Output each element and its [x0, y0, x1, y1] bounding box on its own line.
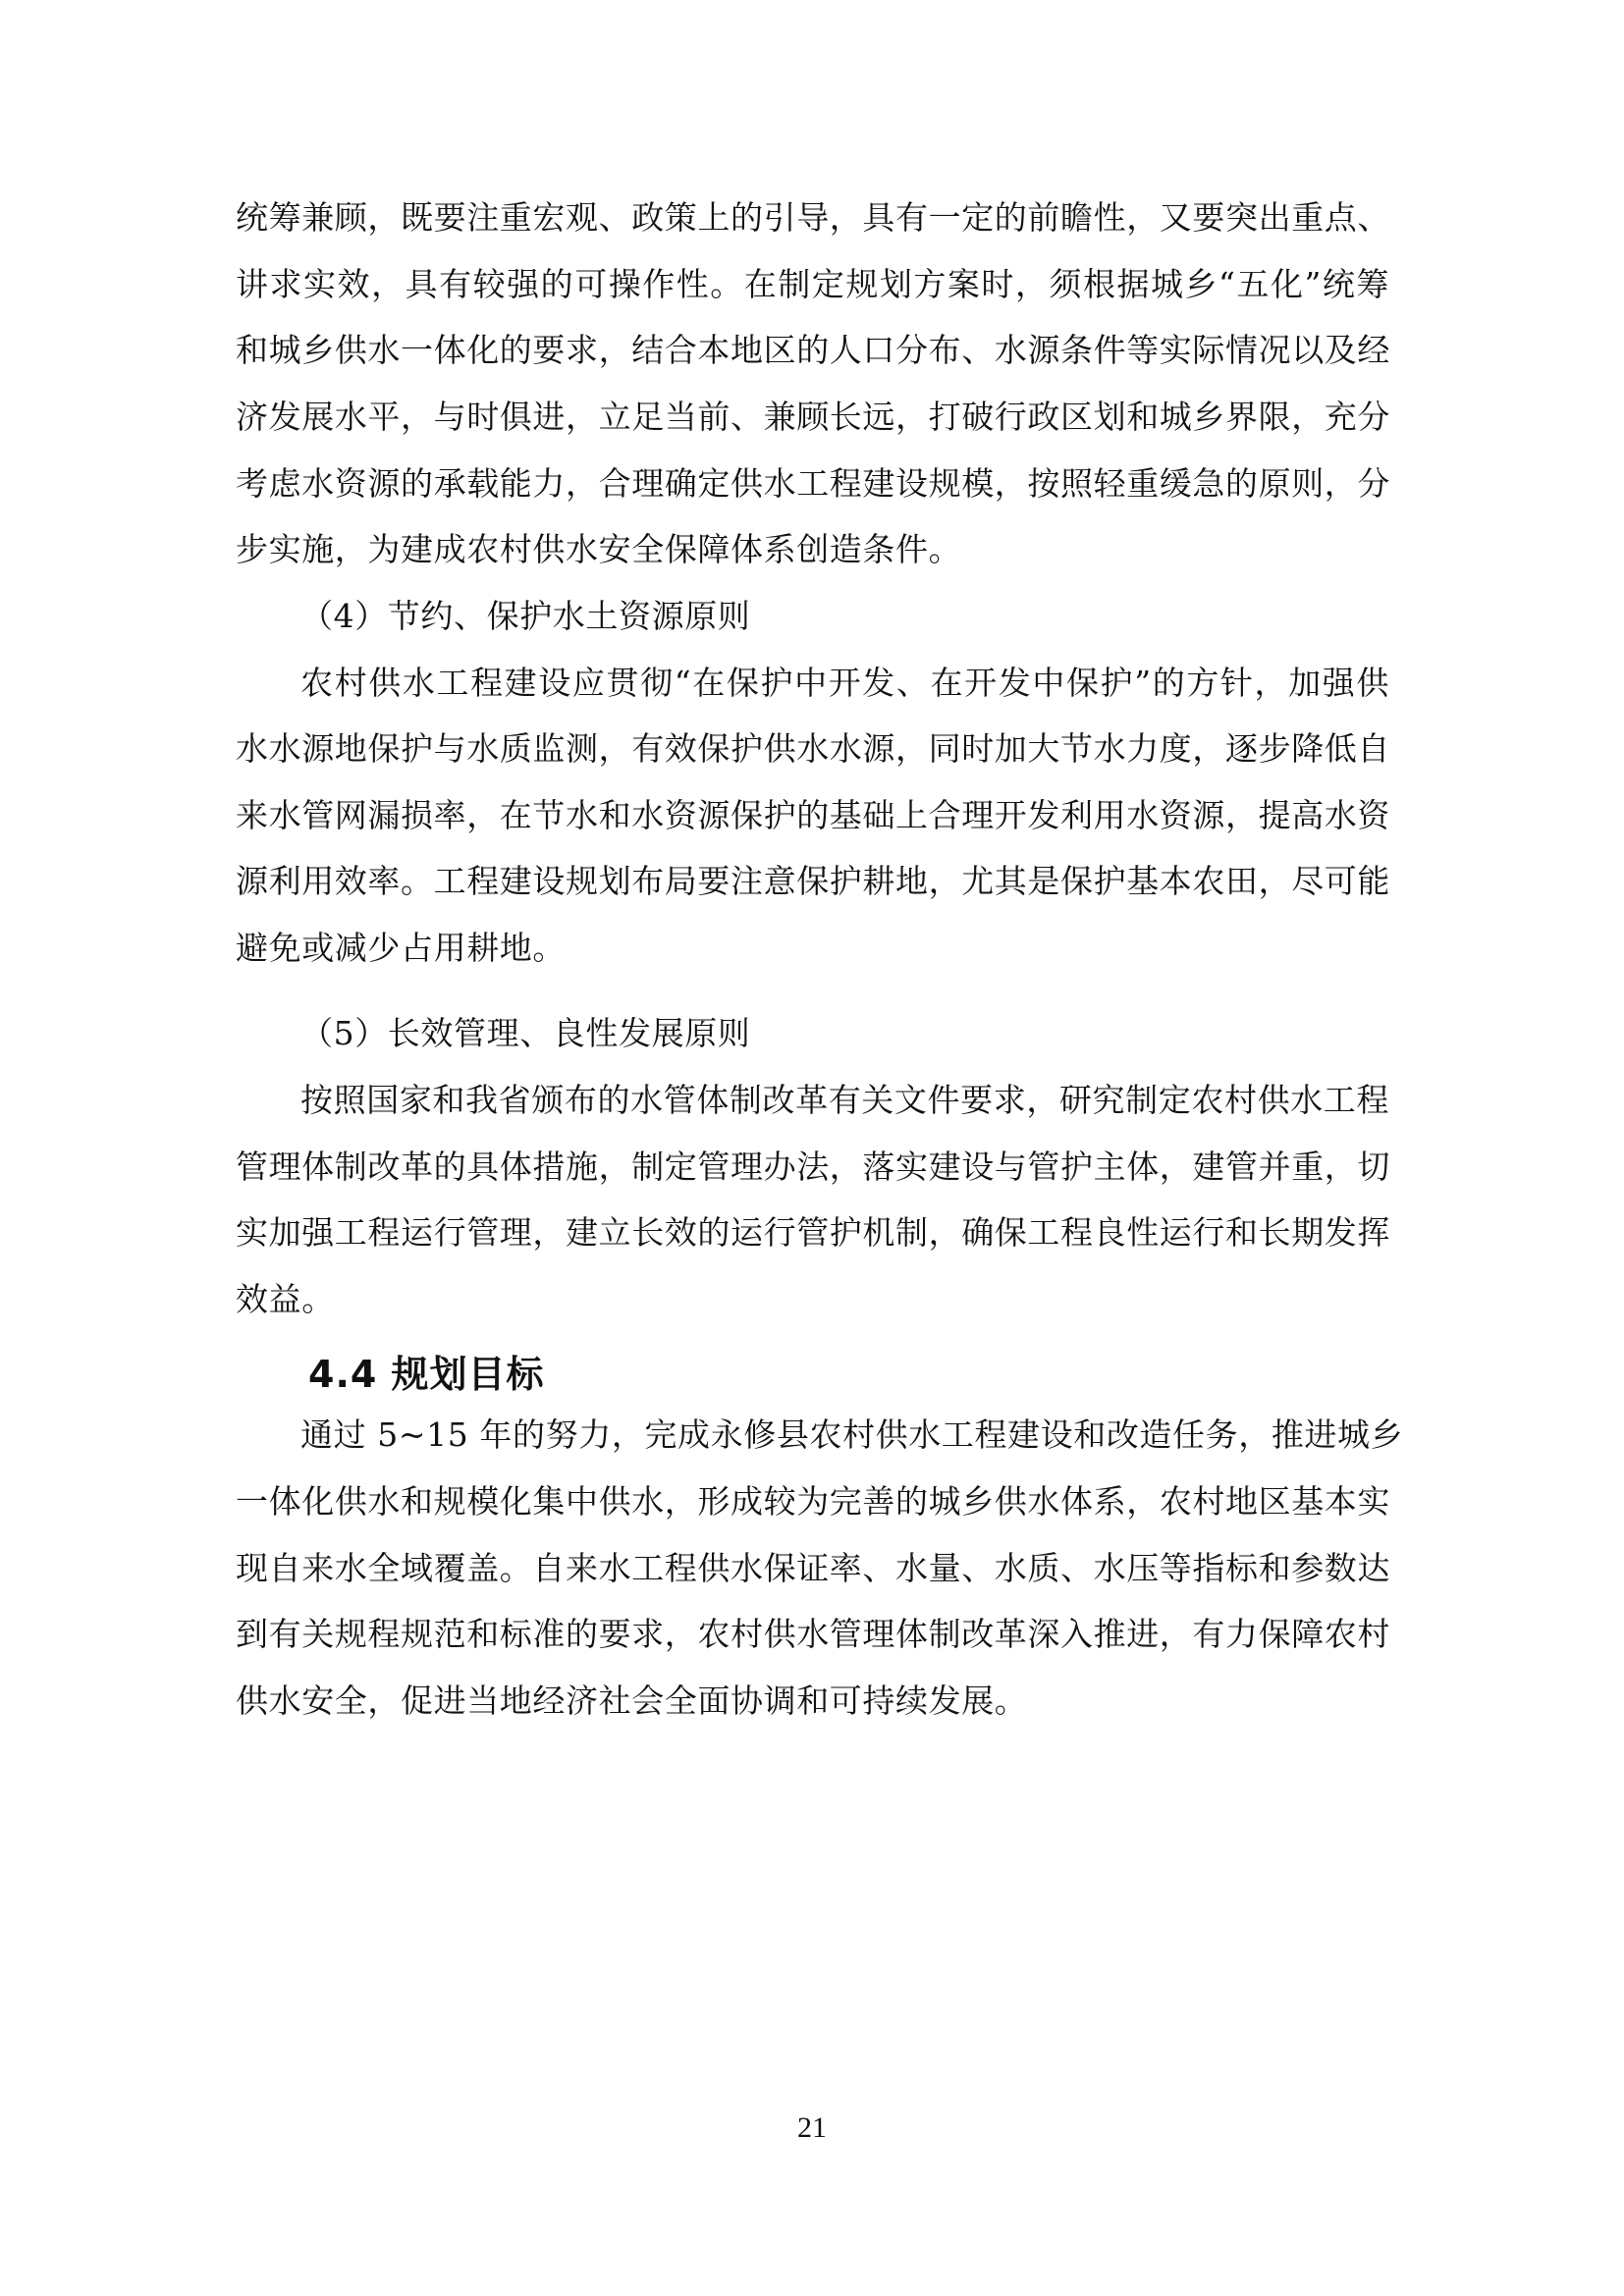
text-line: 步实施，为建成农村供水安全保障体系创造条件。 — [236, 525, 1389, 574]
text-line: 源利用效率。工程建设规划布局要注意保护耕地，尤其是保护基本农田，尽可能 — [236, 857, 1389, 906]
text-line: 一体化供水和规模化集中供水，形成较为完善的城乡供水体系，农村地区基本实 — [236, 1477, 1389, 1526]
section-heading-4-4: 4.4 规划目标 — [308, 1347, 545, 1402]
page-number: 21 — [0, 2109, 1624, 2148]
text-line: 实加强工程运行管理，建立长效的运行管护机制，确保工程良性运行和长期发挥 — [236, 1208, 1389, 1257]
text-line: 通过 5~15 年的努力，完成永修县农村供水工程建设和改造任务，推进城乡 — [300, 1411, 1389, 1460]
text-line: 考虑水资源的承载能力，合理确定供水工程建设规模，按照轻重缓急的原则，分 — [236, 459, 1389, 508]
text-line: 按照国家和我省颁布的水管体制改革有关文件要求，研究制定农村供水工程 — [300, 1076, 1389, 1125]
text-line: 讲求实效，具有较强的可操作性。在制定规划方案时，须根据城乡“五化”统筹 — [236, 260, 1389, 309]
text-line: 供水安全，促进当地经济社会全面协调和可持续发展。 — [236, 1677, 1389, 1726]
subheading-principle-4: （4）节约、保护水土资源原则 — [300, 592, 750, 641]
text-line: 济发展水平，与时俱进，立足当前、兼顾长远，打破行政区划和城乡界限，充分 — [236, 393, 1389, 442]
text-line: 来水管网漏损率，在节水和水资源保护的基础上合理开发利用水资源，提高水资 — [236, 791, 1389, 840]
text-line: 现自来水全域覆盖。自来水工程供水保证率、水量、水质、水压等指标和参数达 — [236, 1544, 1389, 1593]
text-line: 和城乡供水一体化的要求，结合本地区的人口分布、水源条件等实际情况以及经 — [236, 326, 1389, 375]
subheading-principle-5: （5）长效管理、良性发展原则 — [300, 1009, 750, 1058]
text-line: 到有关规程规范和标准的要求，农村供水管理体制改革深入推进，有力保障农村 — [236, 1610, 1389, 1659]
text-line: 水水源地保护与水质监测，有效保护供水水源，同时加大节水力度，逐步降低自 — [236, 724, 1389, 774]
text-line: 农村供水工程建设应贯彻“在保护中开发、在开发中保护”的方针，加强供 — [300, 659, 1389, 708]
text-line: 避免或减少占用耕地。 — [236, 924, 1389, 973]
text-line: 管理体制改革的具体措施，制定管理办法，落实建设与管护主体，建管并重，切 — [236, 1143, 1389, 1192]
document-page: 统筹兼顾，既要注重宏观、政策上的引导，具有一定的前瞻性，又要突出重点、 讲求实效… — [0, 0, 1624, 2296]
text-line: 统筹兼顾，既要注重宏观、政策上的引导，具有一定的前瞻性，又要突出重点、 — [236, 193, 1389, 242]
text-line: 效益。 — [236, 1275, 1389, 1324]
